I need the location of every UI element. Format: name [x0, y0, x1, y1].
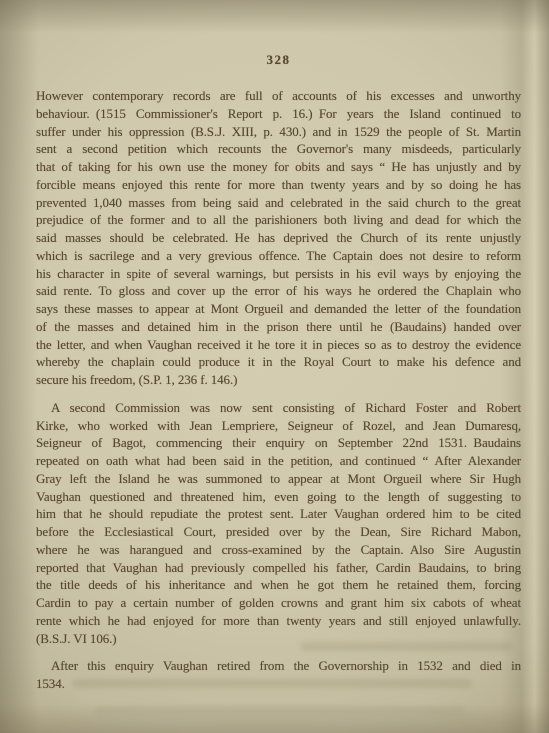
- text-line: where he was harangued and cross-examine…: [36, 541, 521, 559]
- text-line: before the Ecclesiastical Court, preside…: [36, 523, 521, 541]
- text-line: forcible means enjoyed this rente for mo…: [36, 176, 521, 194]
- text-line: that of taking for his own use the money…: [36, 158, 521, 176]
- text-line: prevented 1,040 masses from being said a…: [36, 194, 521, 212]
- scanned-book-page: 328 However contemporary records are ful…: [0, 0, 549, 733]
- text-line: reported that Vaughan had previously com…: [36, 559, 521, 577]
- paragraph-1: However contemporary records are full of…: [36, 87, 521, 389]
- text-line: behaviour. (1515 Commissioner's Report p…: [36, 105, 521, 123]
- page-showthrough: [95, 706, 465, 715]
- text-line: which is sacrilege and a very grevious o…: [36, 247, 521, 265]
- text-line: whereby the chaplain could produce it in…: [36, 353, 521, 371]
- text-line: said masses should be celebrated. He has…: [36, 229, 521, 247]
- text-line: Kirke, who worked with Jean Lempriere, S…: [36, 417, 521, 435]
- text-line: Vaughan questioned and threatened him, e…: [36, 488, 521, 506]
- text-line: After this enquiry Vaughan retired from …: [36, 657, 521, 675]
- text-line: However contemporary records are full of…: [36, 87, 521, 105]
- text-line: said rente. To gloss and cover up the er…: [36, 282, 521, 300]
- text-line: Seigneur of Bagot, commencing their enqu…: [36, 434, 521, 452]
- text-line: Cardin to pay a certain number of golden…: [36, 594, 521, 612]
- page-number: 328: [36, 52, 521, 67]
- text-line: says these masses to appear at Mont Orgu…: [36, 300, 521, 318]
- text-line: rente which he had enjoyed for more than…: [36, 612, 521, 630]
- text-line: sent a second petition which recounts th…: [36, 140, 521, 158]
- text-line: A second Commission was now sent consist…: [36, 399, 521, 417]
- text-line: Gray left the Island he was summoned to …: [36, 470, 521, 488]
- text-block: 328 However contemporary records are ful…: [36, 52, 521, 693]
- text-line: his character in spite of several warnin…: [36, 265, 521, 283]
- text-line: prejudice of the former and to all the p…: [36, 211, 521, 229]
- text-line: secure his freedom, (S.P. 1, 236 f. 146.…: [36, 371, 521, 389]
- text-line: the title deeds of his inheritance and w…: [36, 576, 521, 594]
- text-line: him that he should repudiate the protest…: [36, 505, 521, 523]
- text-line: repeated on oath what had been said in t…: [36, 452, 521, 470]
- page-showthrough: [72, 679, 472, 688]
- paragraph-2: A second Commission was now sent consist…: [36, 399, 521, 648]
- page-showthrough: [300, 642, 512, 651]
- text-line: suffer under his oppression (B.S.J. XIII…: [36, 123, 521, 141]
- text-line: of the masses and detained him in the pr…: [36, 318, 521, 336]
- text-line: the letter, and when Vaughan received it…: [36, 336, 521, 354]
